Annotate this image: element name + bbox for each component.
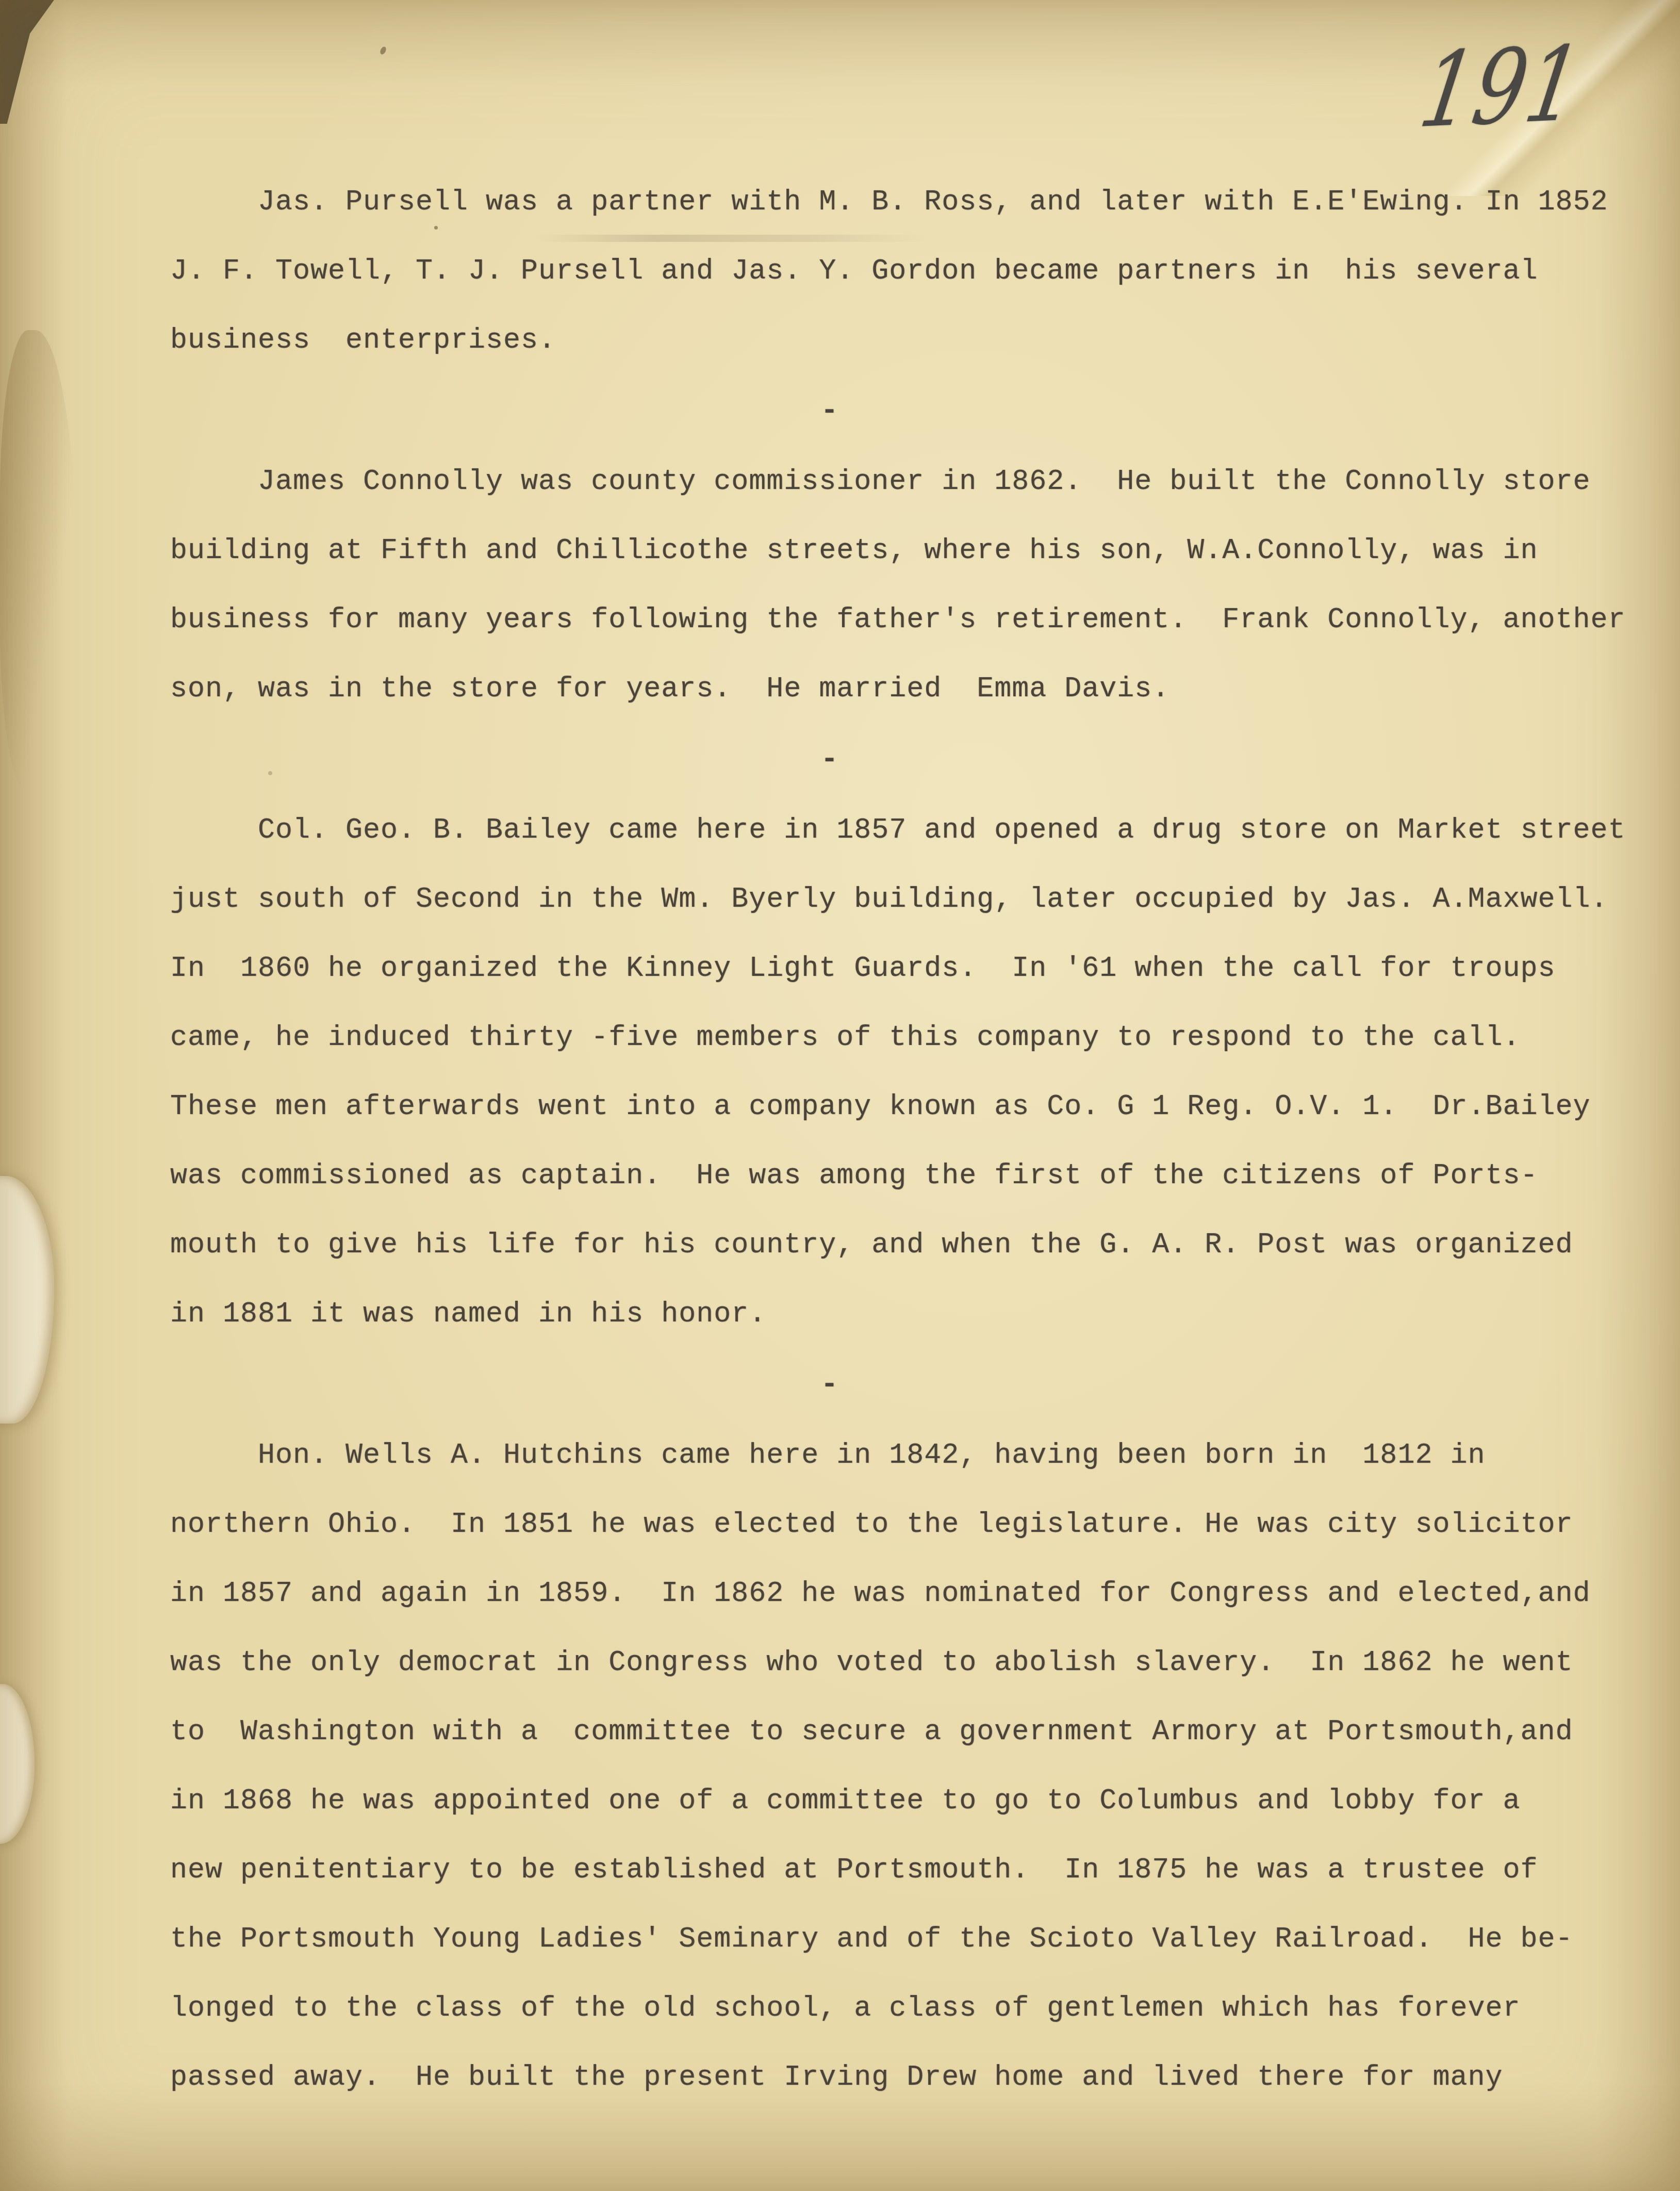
text-line: James Connolly was county commissioner i…: [170, 447, 1623, 516]
text-line: building at Fifth and Chillicothe street…: [170, 516, 1623, 585]
text-line: to Washington with a committee to secure…: [170, 1697, 1623, 1767]
paragraph-separator: -: [170, 1349, 1623, 1421]
torn-corner-shadow: [0, 0, 58, 124]
text-line: was commissioned as captain. He was amon…: [170, 1141, 1623, 1211]
paper-crease: [0, 330, 77, 794]
ink-speck: [379, 46, 387, 56]
text-line: Col. Geo. B. Bailey came here in 1857 an…: [170, 796, 1623, 865]
paragraph: James Connolly was county commissioner i…: [170, 447, 1623, 724]
paragraph-separator: -: [170, 375, 1623, 447]
text-line: just south of Second in the Wm. Byerly b…: [170, 865, 1623, 934]
text-line: in 1881 it was named in his honor.: [170, 1280, 1623, 1349]
text-line: the Portsmouth Young Ladies' Seminary an…: [170, 1905, 1623, 1974]
text-line: Hon. Wells A. Hutchins came here in 1842…: [170, 1421, 1623, 1490]
text-line: was the only democrat in Congress who vo…: [170, 1628, 1623, 1697]
text-line: These men afterwards went into a company…: [170, 1072, 1623, 1141]
text-line: in 1857 and again in 1859. In 1862 he wa…: [170, 1559, 1623, 1628]
text-line: northern Ohio. In 1851 he was elected to…: [170, 1490, 1623, 1559]
paper-tear: [0, 1176, 54, 1424]
text-line: mouth to give his life for his country, …: [170, 1211, 1623, 1280]
paragraph: Jas. Pursell was a partner with M. B. Ro…: [170, 168, 1623, 375]
text-line: longed to the class of the old school, a…: [170, 1974, 1623, 2043]
text-line: came, he induced thirty -five members of…: [170, 1003, 1623, 1072]
text-line: J. F. Towell, T. J. Pursell and Jas. Y. …: [170, 237, 1623, 306]
page-number: 191: [1412, 24, 1590, 151]
text-line: passed away. He built the present Irving…: [170, 2043, 1623, 2112]
paragraph-separator: -: [170, 724, 1623, 796]
paragraph: Hon. Wells A. Hutchins came here in 1842…: [170, 1421, 1623, 2112]
text-line: business for many years following the fa…: [170, 585, 1623, 655]
text-line: in 1868 he was appointed one of a commit…: [170, 1767, 1623, 1836]
paragraph: Col. Geo. B. Bailey came here in 1857 an…: [170, 796, 1623, 1349]
text-line: In 1860 he organized the Kinney Light Gu…: [170, 934, 1623, 1003]
text-line: Jas. Pursell was a partner with M. B. Ro…: [170, 168, 1623, 237]
paper-tear: [0, 1684, 35, 1844]
scanned-typewritten-page: { "page": { "page_number": "191", "separ…: [0, 0, 1680, 2191]
text-line: new penitentiary to be established at Po…: [170, 1836, 1623, 1905]
typewritten-text: Jas. Pursell was a partner with M. B. Ro…: [170, 168, 1623, 2112]
text-line: business enterprises.: [170, 306, 1623, 375]
text-line: son, was in the store for years. He marr…: [170, 655, 1623, 724]
